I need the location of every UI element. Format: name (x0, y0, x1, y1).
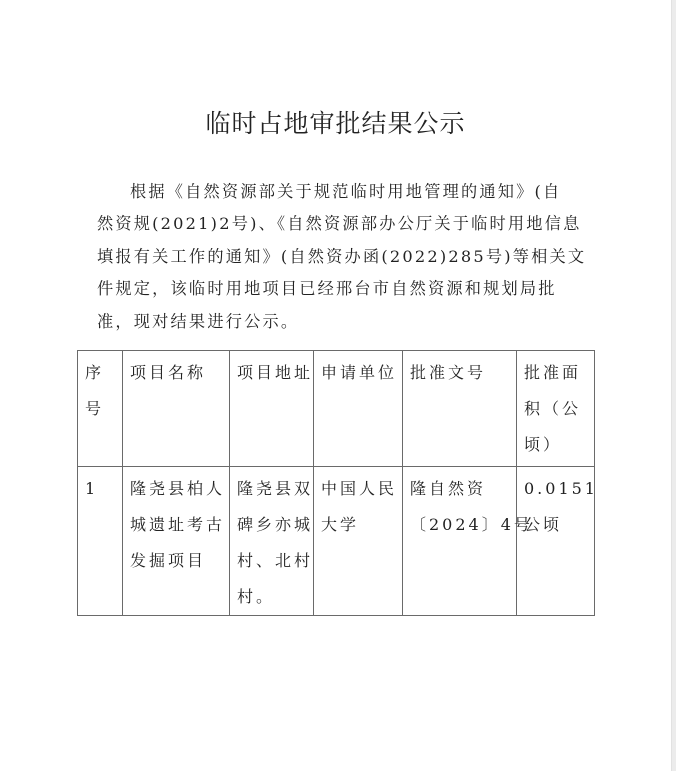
header-approval-number: 批准文号 (403, 351, 517, 467)
paragraph-line: 填报有关工作的通知》(自然资办函(2022)285号)等相关文 (97, 241, 575, 273)
paragraph-line: 然资规(2021)2号)、《自然资源部办公厅关于临时用地信息 (97, 208, 575, 240)
paragraph-line: 准，现对结果进行公示。 (97, 306, 575, 338)
header-approved-area: 批准面 积（公 顷） (517, 351, 595, 467)
cell-applicant: 中国人民 大学 (314, 467, 403, 616)
cell-approved-area: 0.0151 公顷 (517, 467, 595, 616)
header-project-address: 项目地址 (230, 351, 314, 467)
document-page: 临时占地审批结果公示 根据《自然资源部关于规范临时用地管理的通知》(自 然资规(… (0, 0, 671, 771)
document-title: 临时占地审批结果公示 (0, 104, 671, 140)
cell-project-address: 隆尧县双 碑乡亦城 村、北村 村。 (230, 467, 314, 616)
cell-project-name: 隆尧县柏人 城遗址考古 发掘项目 (123, 467, 230, 616)
header-index: 序 号 (78, 351, 123, 467)
table-row: 1 隆尧县柏人 城遗址考古 发掘项目 隆尧县双 碑乡亦城 村、北村 村。 中国人… (78, 467, 595, 616)
notice-paragraph: 根据《自然资源部关于规范临时用地管理的通知》(自 然资规(2021)2号)、《自… (97, 176, 575, 338)
cell-approval-number: 隆自然资 〔2024〕4号 (403, 467, 517, 616)
approval-results-table: 序 号 项目名称 项目地址 申请单位 批准文号 批准面 积（公 顷） (77, 350, 595, 616)
header-applicant: 申请单位 (314, 351, 403, 467)
cell-index: 1 (78, 467, 123, 616)
page-edge-scrollbar[interactable] (671, 0, 676, 771)
table-header-row: 序 号 项目名称 项目地址 申请单位 批准文号 批准面 积（公 顷） (78, 351, 595, 467)
header-project-name: 项目名称 (123, 351, 230, 467)
paragraph-line: 件规定，该临时用地项目已经邢台市自然资源和规划局批 (97, 273, 575, 305)
paragraph-line: 根据《自然资源部关于规范临时用地管理的通知》(自 (97, 176, 575, 208)
